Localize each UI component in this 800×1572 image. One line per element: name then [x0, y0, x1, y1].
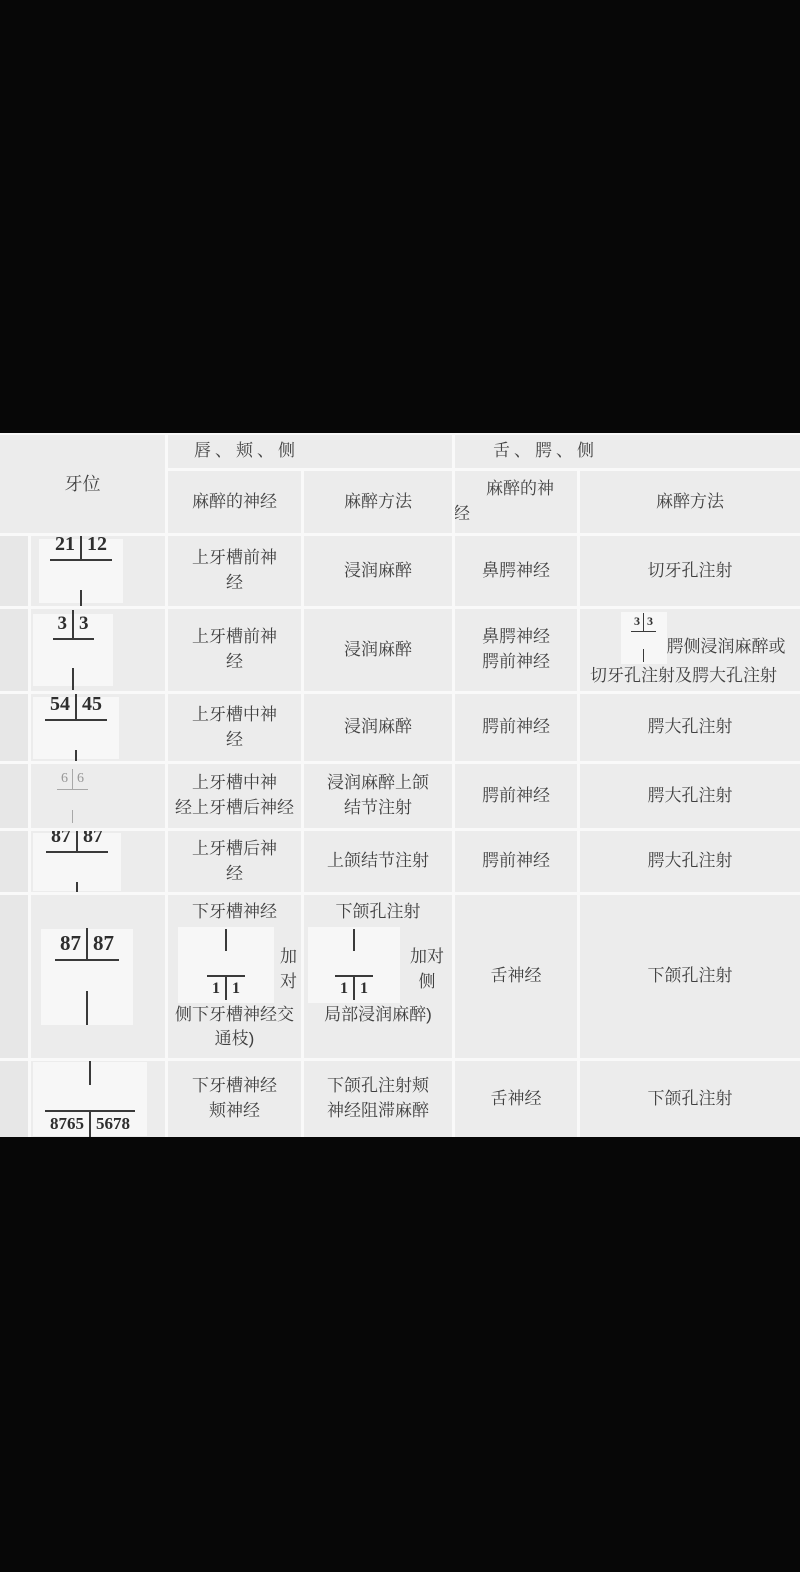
tooth-notation-patch: 2112	[39, 539, 123, 603]
tooth-right: 87	[88, 928, 119, 960]
cell-tooth-position: 8787	[31, 831, 165, 892]
tooth-notation-maxillary: 2112	[50, 536, 112, 606]
cell-tooth-position: 2112	[31, 536, 165, 606]
cell-tongue-nerve: 舌神经	[455, 1061, 577, 1137]
header-tongue-nerve: 麻醉的神 经	[455, 471, 577, 533]
cell-lip-nerve: 下牙槽神经 颊神经	[168, 1061, 301, 1137]
cell-tooth-position: 66	[31, 764, 165, 828]
tooth-left: 3	[631, 613, 643, 631]
tooth-notation-patch: 8787	[41, 929, 133, 1025]
header-group-tongue-palate-side: 舌、腭、侧	[455, 435, 800, 468]
tooth-right: 1	[227, 975, 245, 1000]
cell-tooth-position: 87655678	[31, 1061, 165, 1137]
method-text: 加对侧	[400, 945, 452, 1002]
tooth-notation-patch: 87655678	[33, 1062, 147, 1136]
cell-lip-method: 浸润麻醉	[304, 694, 452, 761]
cell-lip-nerve: 上牙槽前神 经	[168, 609, 301, 691]
tooth-notation-patch: 33	[33, 614, 113, 686]
left-margin-cell	[0, 1061, 28, 1137]
header-lip-method: 麻醉方法	[304, 471, 452, 533]
nerve-text: 加对	[274, 945, 301, 1002]
method-text-line2: 切牙孔注射及腭大孔注射	[584, 664, 796, 689]
cell-tooth-position: 8787	[31, 895, 165, 1058]
tooth-left: 1	[207, 975, 225, 1000]
anesthesia-table: 牙位 唇、颊、侧 舌、腭、侧 麻醉的神经 麻醉方法 麻醉的神 经 麻醉方法 21…	[0, 433, 800, 1137]
midline-stem-icon	[75, 750, 77, 762]
tooth-notation-patch: 8787	[33, 833, 121, 891]
header-tongue-nerve-line2: 经	[455, 502, 577, 527]
midline-stem-icon	[225, 929, 227, 951]
tooth-right: 87	[78, 831, 108, 853]
cell-tongue-nerve: 鼻腭神经 腭前神经	[455, 609, 577, 691]
cell-lip-nerve: 上牙槽前神 经	[168, 536, 301, 606]
tooth-right: 1	[355, 975, 373, 1000]
cell-tongue-method: 切牙孔注射	[580, 536, 800, 606]
midline-stem-icon	[72, 810, 73, 823]
tooth-notation-maxillary: 8787	[55, 898, 119, 1056]
tooth-notation-maxillary: 33	[53, 609, 94, 691]
cell-lip-method: 下颌孔注射 11 加对侧 局部浸润麻醉)	[304, 895, 452, 1058]
header-tooth-position: 牙位	[0, 435, 165, 533]
cell-lip-nerve: 上牙槽中神 经上牙槽后神经	[168, 764, 301, 828]
tooth-left: 21	[50, 536, 80, 561]
tooth-right: 6	[73, 769, 88, 790]
header-lip-nerve: 麻醉的神经	[168, 471, 301, 533]
cell-tongue-method: 腭大孔注射	[580, 694, 800, 761]
tooth-left: 8765	[45, 1110, 89, 1137]
tooth-left: 3	[53, 610, 73, 640]
tooth-cross-patch: 11	[308, 927, 400, 1003]
method-text: 腭侧浸润麻醉或	[667, 635, 786, 664]
tooth-right: 5678	[91, 1110, 135, 1137]
cell-tongue-method: 33 腭侧浸润麻醉或 切牙孔注射及腭大孔注射	[580, 609, 800, 691]
tooth-left: 54	[45, 694, 75, 721]
header-tongue-nerve-line1: 麻醉的神	[455, 477, 577, 502]
mini-tooth-patch: 33	[621, 612, 667, 664]
midline-stem-icon	[76, 882, 78, 893]
cell-lip-nerve: 下牙槽神经 11 加对 侧下牙槽神经交通枝)	[168, 895, 301, 1058]
cell-tongue-method: 腭大孔注射	[580, 764, 800, 828]
tooth-left: 6	[57, 769, 72, 790]
cell-tooth-position: 33	[31, 609, 165, 691]
cell-lip-method: 浸润麻醉	[304, 536, 452, 606]
cell-tongue-nerve: 腭前神经	[455, 764, 577, 828]
nerve-text-rest: 侧下牙槽神经交通枝)	[168, 1003, 301, 1052]
tooth-right: 12	[82, 536, 112, 561]
cell-tongue-method: 下颌孔注射	[580, 1061, 800, 1137]
midline-stem-icon	[89, 1061, 91, 1085]
left-margin-cell	[0, 609, 28, 691]
tooth-right: 45	[77, 694, 107, 721]
cell-tooth-position: 5445	[31, 694, 165, 761]
tooth-notation-maxillary: 66	[57, 764, 88, 828]
midline-stem-icon	[80, 590, 82, 606]
tooth-notation-mandibular: 87655678	[45, 1061, 135, 1137]
letterbox-bottom	[0, 1137, 800, 1572]
cell-tongue-method: 下颌孔注射	[580, 895, 800, 1058]
cell-lip-method: 浸润麻醉	[304, 609, 452, 691]
header-group-lip-cheek-side: 唇、颊、侧	[168, 435, 452, 468]
tooth-notation-maxillary: 5445	[45, 694, 107, 761]
cell-lip-method: 上颌结节注射	[304, 831, 452, 892]
tooth-cross-patch: 11	[178, 927, 274, 1003]
cell-tongue-nerve: 舌神经	[455, 895, 577, 1058]
cell-lip-nerve: 上牙槽后神 经	[168, 831, 301, 892]
method-text-rest: 局部浸润麻醉)	[324, 1003, 432, 1028]
cell-tongue-nerve: 腭前神经	[455, 694, 577, 761]
tooth-notation-maxillary: 8787	[46, 831, 108, 892]
cell-tongue-nerve: 鼻腭神经	[455, 536, 577, 606]
tooth-left: 1	[335, 975, 353, 1000]
left-margin-cell	[0, 831, 28, 892]
cell-lip-method: 浸润麻醉上颌 结节注射	[304, 764, 452, 828]
tooth-left: 87	[46, 831, 76, 853]
tooth-right: 3	[74, 610, 94, 640]
tooth-left: 87	[55, 928, 86, 960]
tooth-right: 3	[644, 613, 656, 631]
midline-stem-icon	[86, 991, 88, 1025]
cell-tongue-nerve: 腭前神经	[455, 831, 577, 892]
header-tongue-method: 麻醉方法	[580, 471, 800, 533]
midline-stem-icon	[353, 929, 355, 951]
midline-stem-icon	[643, 649, 644, 662]
cell-tongue-method: 腭大孔注射	[580, 831, 800, 892]
cell-lip-nerve: 上牙槽中神 经	[168, 694, 301, 761]
cell-lip-method: 下颌孔注射颊 神经阻滞麻醉	[304, 1061, 452, 1137]
letterbox-top	[0, 0, 800, 433]
left-margin-cell	[0, 764, 28, 828]
left-margin-cell	[0, 895, 28, 1058]
left-margin-cell	[0, 694, 28, 761]
left-margin-cell	[0, 536, 28, 606]
tooth-notation-patch: 5445	[33, 697, 119, 759]
midline-stem-icon	[72, 668, 74, 690]
